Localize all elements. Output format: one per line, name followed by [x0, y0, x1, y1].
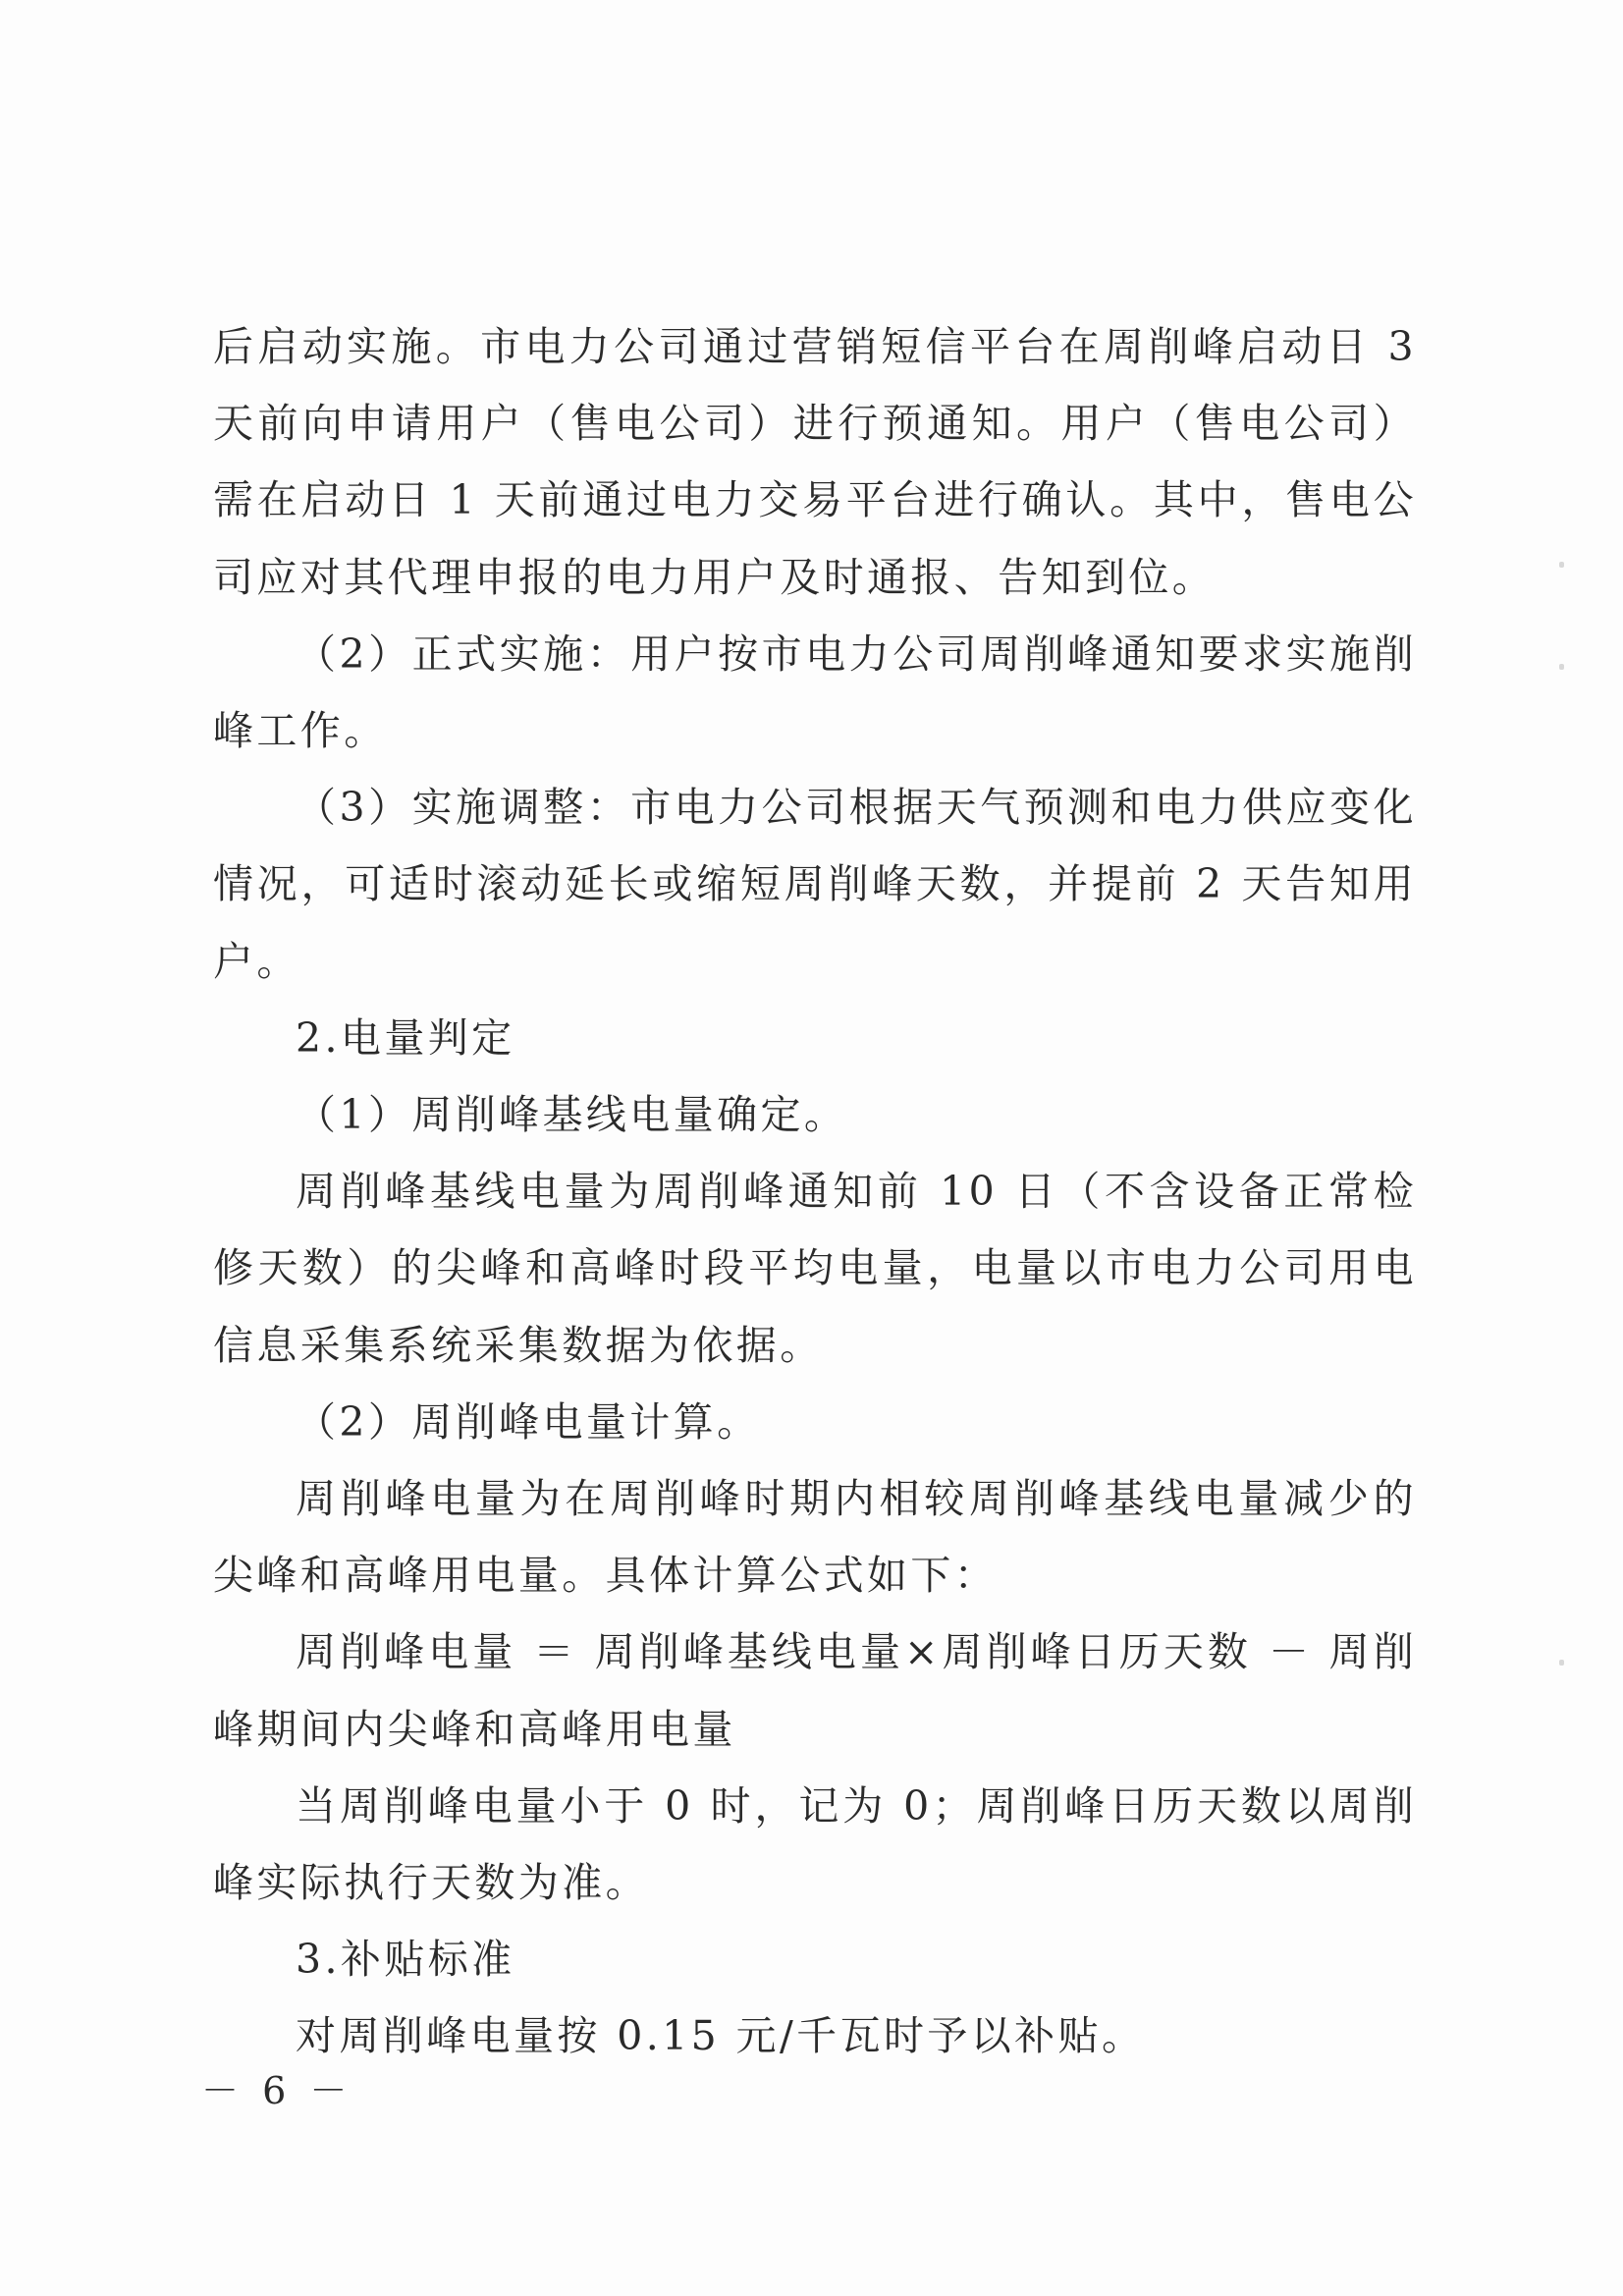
paragraph-zero-rule: 当周削峰电量小于 0 时，记为 0；周削峰日历天数以周削峰实际执行天数为准。 — [213, 1768, 1417, 1921]
paragraph-subsidy-rate: 对周削峰电量按 0.15 元/千瓦时予以补贴。 — [213, 1997, 1417, 2074]
subheading-calculation: （2）周削峰电量计算。 — [213, 1384, 1417, 1460]
paragraph-formal-implementation: （2）正式实施：用户按市电力公司周削峰通知要求实施削峰工作。 — [213, 616, 1417, 769]
scan-artifact — [1559, 664, 1564, 670]
document-page: 后启动实施。市电力公司通过营销短信平台在周削峰启动日 3 天前向申请用户（售电公… — [0, 0, 1623, 2296]
paragraph-continuation: 后启动实施。市电力公司通过营销短信平台在周削峰启动日 3 天前向申请用户（售电公… — [213, 308, 1417, 616]
subheading-baseline: （1）周削峰基线电量确定。 — [213, 1076, 1417, 1153]
paragraph-implementation-adjustment: （3）实施调整：市电力公司根据天气预测和电力供应变化情况，可适时滚动延长或缩短周… — [213, 769, 1417, 1000]
scan-artifact — [1559, 562, 1564, 568]
paragraph-calculation-definition: 周削峰电量为在周削峰时期内相较周削峰基线电量减少的尖峰和高峰用电量。具体计算公式… — [213, 1460, 1417, 1613]
section-heading-subsidy-standard: 3.补贴标准 — [213, 1921, 1417, 1997]
section-heading-electricity-determination: 2.电量判定 — [213, 1000, 1417, 1076]
paragraph-baseline-definition: 周削峰基线电量为周削峰通知前 10 日（不含设备正常检修天数）的尖峰和高峰时段平… — [213, 1153, 1417, 1384]
paragraph-formula: 周削峰电量 ＝ 周削峰基线电量×周削峰日历天数 － 周削峰期间内尖峰和高峰用电量 — [213, 1613, 1417, 1767]
document-body: 后启动实施。市电力公司通过营销短信平台在周削峰启动日 3 天前向申请用户（售电公… — [213, 308, 1417, 2075]
page-number: － 6 － — [201, 2060, 352, 2114]
scan-artifact — [1559, 1660, 1564, 1666]
